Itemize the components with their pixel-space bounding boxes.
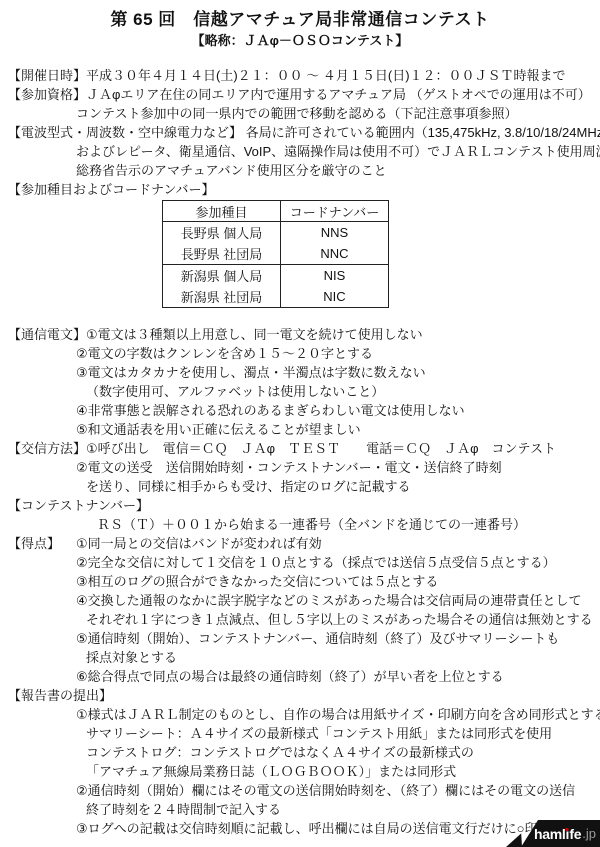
- cell-category: 新潟県 個人局: [163, 265, 281, 287]
- text-line: ⑤和文通話表を用い正確に伝えることが望ましい: [0, 420, 600, 439]
- cell-code: NIC: [281, 286, 389, 308]
- document-body-top: 【開催日時】平成３０年４月１４日(土)２１：００ ～ ４月１５日(日)１２：００…: [0, 66, 600, 199]
- text-line: サマリーシート：Ａ４サイズの最新様式「コンテスト用紙」または同形式を使用: [0, 724, 600, 743]
- text-line: ②電文の字数はクンレンを含め１５～２０字とする: [0, 344, 600, 363]
- text-line: およびレピータ、衛星通信、VoIP、遠隔操作局は使用不可）でＪＡＲＬコンテスト使…: [0, 142, 600, 161]
- text-line: （数字使用可、アルファベットは使用しないこと）: [0, 382, 600, 401]
- hamlife-logo-i-reddot: ı: [566, 826, 570, 842]
- text-line: ②電文の送受 送信開始時刻・コンテストナンバー・電文・送信終了時刻: [0, 458, 600, 477]
- section-line: 【参加種目およびコードナンバー】: [0, 180, 600, 199]
- hamlife-logo-banner: hamlıfe.jp: [518, 820, 600, 847]
- text-line: ③相互のログの照合ができなかった交信については５点とする: [0, 572, 600, 591]
- section-line: 【得点】①同一局との交信はバンドが変われば有効: [0, 534, 600, 553]
- page-subtitle: 【略称：ＪＡφ－ＯＳＯコンテスト】: [0, 32, 600, 49]
- text-line: ＲＳ（Ｔ）＋００１から始まる一連番号（全バンドを通じての一連番号）: [0, 515, 600, 534]
- cell-code: NIS: [281, 265, 389, 287]
- hamlife-logo-tld: .jp: [582, 826, 596, 841]
- hamlife-logo: hamlıfe.jp: [504, 818, 600, 847]
- text-line: 終了時刻を２４時間制で記入する: [0, 800, 600, 819]
- category-code-table: 参加種目 コードナンバー 長野県 個人局NNS長野県 社団局NNC新潟県 個人局…: [162, 200, 389, 308]
- section-line: 【交信方法】①呼び出し 電信＝ＣＱ ＪＡφ ＴＥＳＴ 電話＝ＣＱ ＪＡφ コンテ…: [0, 439, 600, 458]
- document-body-bottom: 【通信電文】①電文は３種類以上用意し、同一電文を続けて使用しない②電文の字数はク…: [0, 325, 600, 838]
- section-line: 【報告書の提出】: [0, 686, 600, 705]
- cell-category: 長野県 社団局: [163, 243, 281, 265]
- table-row: 長野県 社団局NNC: [163, 243, 389, 265]
- section-label: 【得点】: [8, 536, 60, 551]
- line-text: ①同一局との交信はバンドが変われば有効: [76, 534, 322, 553]
- text-line: それぞれ１字につき１点減点、但し５字以上のミスがあった場合その通信は無効とする: [0, 610, 600, 629]
- text-line: ④交換した通報のなかに誤字脱字などのミスがあった場合は交信両局の連帯責任として: [0, 591, 600, 610]
- table-header-row: 参加種目 コードナンバー: [163, 201, 389, 222]
- table-row: 新潟県 社団局NIC: [163, 286, 389, 308]
- text-line: ③電文はカタカナを使用し、濁点・半濁点は字数に数えない: [0, 363, 600, 382]
- text-line: を送り、同様に相手からも受け、指定のログに記載する: [0, 477, 600, 496]
- section-line: 【通信電文】①電文は３種類以上用意し、同一電文を続けて使用しない: [0, 325, 600, 344]
- text-line: 総務省告示のアマチュアバンド使用区分を厳守のこと: [0, 161, 600, 180]
- table-row: 長野県 個人局NNS: [163, 222, 389, 244]
- column-header-code: コードナンバー: [281, 201, 389, 222]
- section-line: 【電波型式・周波数・空中線電力など】 各局に許可されている範囲内（135,475…: [0, 123, 600, 142]
- text-line: 採点対象とする: [0, 648, 600, 667]
- hamlife-logo-triangle: [506, 831, 522, 847]
- text-line: ①様式はＪＡＲＬ制定のものとし、自作の場合は用紙サイズ・印刷方向を含め同形式とす…: [0, 705, 600, 724]
- section-line: 【コンテストナンバー】: [0, 496, 600, 515]
- table-row: 新潟県 個人局NIS: [163, 265, 389, 287]
- hamlife-logo-text-post: fe: [569, 826, 581, 842]
- text-line: ⑤通信時刻（開始）、コンテストナンバー、通信時刻（終了）及びサマリーシートも: [0, 629, 600, 648]
- text-line: コンテスト参加中の同一県内での範囲で移動を認める（下記注意事項参照）: [0, 104, 600, 123]
- cell-category: 長野県 個人局: [163, 222, 281, 244]
- text-line: コンテストログ：コンテストログではなくＡ４サイズの最新様式の: [0, 743, 600, 762]
- cell-category: 新潟県 社団局: [163, 286, 281, 308]
- column-header-category: 参加種目: [163, 201, 281, 222]
- hamlife-logo-text-pre: haml: [534, 826, 565, 842]
- text-line: ②通信時刻（開始）欄にはその電文の送信開始時刻を、（終了）欄にはその電文の送信: [0, 781, 600, 800]
- section-line: 【開催日時】平成３０年４月１４日(土)２１：００ ～ ４月１５日(日)１２：００…: [0, 66, 600, 85]
- text-line: 「アマチュア無線局業務日誌（ＬＯＧＢＯＯＫ）」または同形式: [0, 762, 600, 781]
- page-title: 第 65 回 信越アマチュア局非常通信コンテスト: [0, 9, 600, 31]
- cell-code: NNC: [281, 243, 389, 265]
- section-line: 【参加資格】ＪＡφエリア在住の同エリア内で運用するアマチュア局 （ゲストオペでの…: [0, 85, 600, 104]
- text-line: ④非常事態と誤解される恐れのあるまぎらわしい電文は使用しない: [0, 401, 600, 420]
- cell-code: NNS: [281, 222, 389, 244]
- text-line: ⑥総合得点で同点の場合は最終の通信時刻（終了）が早い者を上位とする: [0, 667, 600, 686]
- text-line: ②完全な交信に対して１交信を１０点とする（採点では送信５点受信５点とする）: [0, 553, 600, 572]
